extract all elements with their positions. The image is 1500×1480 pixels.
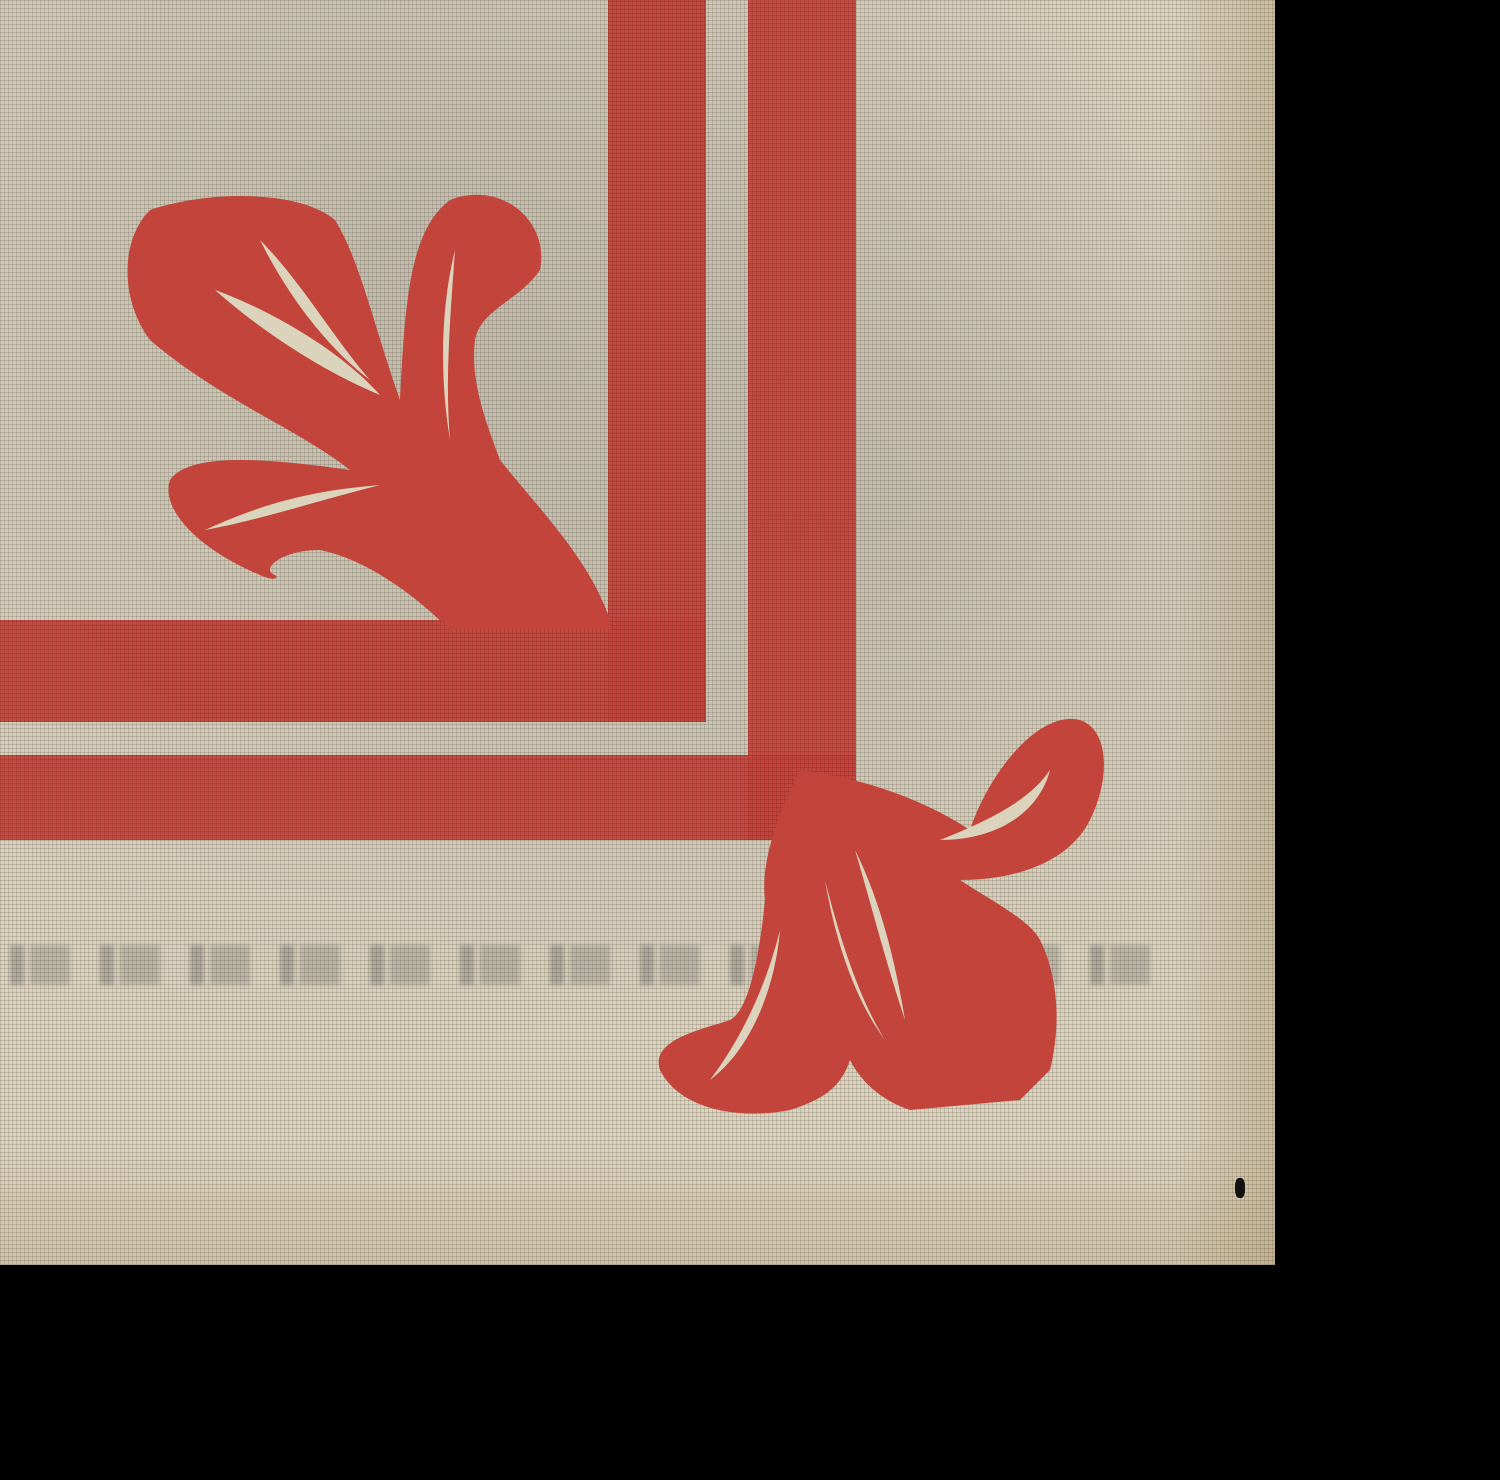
inner-frame-vertical xyxy=(608,0,706,722)
inner-frame-horizontal xyxy=(0,620,706,722)
ribbon-bow-motif-icon xyxy=(640,700,1140,1120)
leaf-motif-icon xyxy=(120,180,620,630)
fabric-tear xyxy=(1235,1178,1245,1198)
textile-cloth xyxy=(0,0,1275,1265)
photo-scene: Corner of a printed cotton textile with … xyxy=(0,0,1500,1480)
